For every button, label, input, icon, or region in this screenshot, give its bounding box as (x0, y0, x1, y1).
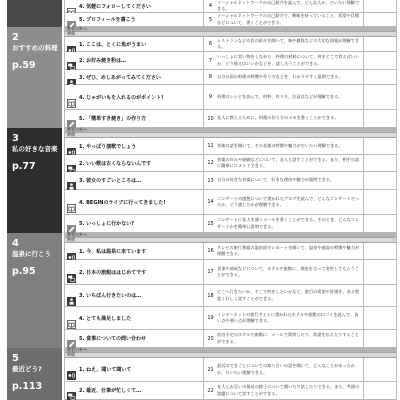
cando-cell: 10友人に教えるために、料理の作り方のメモを書くことができる。 (204, 110, 364, 127)
cando-description: ソーシャルネットワークの自己紹介を読んで、どんな人か、だいたい理解できる。 (217, 0, 363, 12)
cando-description: 料理のレシピを読んで、材料、作り方、注意点などが理解できる。 (217, 94, 363, 100)
topic-page-number: p.113 (12, 381, 60, 392)
cando-number: 16 (204, 248, 217, 254)
cando-cell: 15コンサートに友人を誘うメールを書くことができる。そのとき、どんなコンサートか… (204, 215, 364, 232)
lesson-title-cell: 2. いい歌は古くならないんです (65, 155, 204, 171)
presentation-icon (67, 73, 76, 82)
cando-number: 22 (204, 388, 217, 394)
conversation-icon (67, 386, 76, 395)
lesson-row: 3. 彼女のすごいところは…13自分の好きな音楽について、好きな理由や魅力が説明… (64, 172, 397, 190)
presentation-icon (67, 176, 76, 185)
lesson-row: 4. じゃがいもを入れるのがポイント!9料理のレシピを読んで、材料、作り方、注意… (64, 85, 397, 110)
topic-block: 3私の好きな音楽p.77 (7, 128, 62, 233)
lesson-title: 4. とても満足しました (79, 315, 131, 322)
lesson-title: 2. 日本の旅館ははじめてです (79, 269, 146, 276)
check-cell (364, 155, 396, 171)
lesson-title: 2. お好み焼き粉は… (79, 57, 126, 64)
check-cell (364, 0, 396, 12)
lesson-row: 2. 最近、仕事が忙しくて…22友人とお互いの最近の様子について聞いたり話したり… (64, 382, 397, 400)
cando-description: 音楽の話を聞いて、その音楽の特徴や魅力がだいたい理解できる。 (217, 143, 363, 149)
lesson-title: 1. ここは、とくに魚がうまい (79, 41, 146, 48)
cando-number: 5 (204, 17, 217, 23)
writing-icon (67, 334, 76, 343)
topic-number: 2 (12, 32, 60, 43)
lesson-title: 1. 今、私は温泉に来ています (79, 248, 146, 255)
cando-number: 11 (204, 143, 217, 149)
reading-icon (67, 2, 76, 11)
cando-cell: 16テレビの旅行番組の温泉紹介レポートを聞いて、温泉や施設の特徴や魅力が理解でき… (204, 243, 364, 259)
cando-description: コンサートの感想について書かれたブログを読んで、どんなコンサートだったか、どう感… (217, 196, 363, 209)
check-cell (364, 285, 396, 306)
topic-number: 4 (12, 238, 60, 249)
check-cell (364, 52, 396, 69)
topic-block: 5最近どう?p.113 (7, 348, 62, 400)
cando-cell: 13自分の好きな音楽について、好きな理由や魅力が説明できる。 (204, 172, 364, 189)
lesson-title: 5. 「簡単すき焼き」の作り方 (79, 115, 146, 122)
check-cell (364, 307, 396, 329)
cando-number: 6 (204, 41, 217, 47)
topic-number: 5 (12, 353, 60, 364)
cando-cell: 4ソーシャルネットワークの自己紹介を読んで、どんな人か、だいたい理解できる。 (204, 0, 364, 12)
listening-icon (67, 365, 76, 374)
lesson-title: 2. 最近、仕事が忙しくて… (79, 387, 141, 394)
cando-number: 15 (204, 221, 217, 227)
lesson-row: 2. お好み焼き粉は…7いっしょに買い物をしながら、料理の材料について、何をどこ… (64, 52, 397, 70)
check-cell (364, 215, 396, 232)
lesson-title-cell: 3. 彼女のすごいところは… (65, 172, 204, 189)
cando-cell: 20宿泊予定のホテルや旅館に、メールで質問したり、希望を伝えたりすることができる… (204, 330, 364, 347)
topic-title: おすすめの料理 (12, 45, 60, 53)
check-cell (364, 13, 396, 26)
lesson-row: 5. 「簡単すき焼き」の作り方10友人に教えるために、料理の作り方のメモを書くこ… (64, 110, 397, 128)
lesson-title-cell: 2. 日本の旅館ははじめてです (65, 260, 204, 284)
cando-number: 13 (204, 178, 217, 184)
cando-cell: 14コンサートの感想について書かれたブログを読んで、どんなコンサートだったか、ど… (204, 190, 364, 214)
cando-number: 18 (204, 293, 217, 299)
lesson-row: 1. ねえ、聞いて聞いて21最近のできごとについての知り合いの話を聞いて、どんな… (64, 358, 397, 382)
lesson-row: 4. BEGINのライブに行ってきました!14コンサートの感想について書かれたブ… (64, 190, 397, 215)
cando-cell: 6レストランなどの店の紹介を聞いて、味や値段などの大切な情報が理解できる。 (204, 37, 364, 51)
check-cell (364, 330, 396, 347)
lesson-title-cell: 5. 「簡単すき焼き」の作り方 (65, 110, 204, 127)
lesson-row: 5. プロフィールを書こう5ソーシャルネットワークの自己紹介で、興味を持っている… (64, 13, 397, 27)
conversation-icon (67, 56, 76, 65)
topic-page-number: p.77 (12, 161, 60, 172)
cando-number: 10 (204, 116, 217, 122)
lesson-title: 3. ぜひ、めしあがってみてください (79, 74, 161, 81)
cando-cell: 5ソーシャルネットワークの自己紹介で、興味を持っていること、希望や目標などについ… (204, 13, 364, 26)
topic-number: 3 (12, 133, 60, 144)
check-cell (364, 138, 396, 154)
cando-cell: 22友人とお互いの最近の様子について聞いたり話したりできる。また、共通の話題につ… (204, 382, 364, 399)
lesson-title-cell: 1. ねえ、聞いて聞いて (65, 358, 204, 381)
lesson-row: 4. 気軽にフォローしてください4ソーシャルネットワークの自己紹介を読んで、どん… (64, 0, 397, 13)
writing-icon (67, 114, 76, 123)
cando-cell: 18どこへ行きたいか、そこで何をしたいかなど、旅行の希望や計画を、ある程度くわし… (204, 285, 364, 306)
lesson-title: 1. やっぱり演歌でしょう (79, 143, 136, 150)
lesson-row: 4. とても満足しました19インターネットの旅行サイトに書かれたホテルや旅館の口… (64, 307, 397, 330)
cando-description: 友人とお互いの最近の様子について聞いたり話したりできる。また、共通の話題について… (217, 384, 363, 397)
check-cell (364, 382, 396, 399)
reading-icon (67, 93, 76, 102)
lesson-title-cell: 1. ここは、とくに魚がうまい (65, 37, 204, 51)
cando-description: どこへ行きたいか、そこで何をしたいかなど、旅行の希望や計画を、ある程度くわしく話… (217, 289, 363, 302)
lesson-row: 5. 食事についての問い合わせ20宿泊予定のホテルや旅館に、メールで質問したり、… (64, 330, 397, 348)
cando-description: 音楽の好みや経験などについて、友人と話すことができる。また、相手の話に簡単にコメ… (217, 157, 363, 170)
cando-cell: 19インターネットの旅行サイトに書かれたホテルや旅館の口コミを読んで、良い点や悪… (204, 307, 364, 329)
lesson-title: 3. いちばん行きたいのは… (79, 292, 141, 299)
cando-cell: 12音楽の好みや経験などについて、友人と話すことができる。また、相手の話に簡単に… (204, 155, 364, 171)
topic-block: 2おすすめの料理p.59 (7, 27, 62, 128)
cando-description: 自分の国の料理の特徴や作り方などを、わかりやすく説明できる。 (217, 74, 363, 80)
lesson-title-cell: 5. いっしょに行かない? (65, 215, 204, 232)
lesson-title: 3. 彼女のすごいところは… (79, 177, 141, 184)
lesson-title: 5. 食事についての問い合わせ (79, 335, 146, 342)
lesson-title-cell: 1. やっぱり演歌でしょう (65, 138, 204, 154)
cando-cell: 7いっしょに買い物をしながら、料理の材料について、何をどこで買えばいいか、どう使… (204, 52, 364, 69)
lesson-row: 2. 日本の旅館ははじめてです17食事や部屋などについて、ホテルや旅館に、理由を… (64, 260, 397, 285)
conversation-icon (67, 268, 76, 277)
check-cell (364, 190, 396, 214)
cando-number: 17 (204, 269, 217, 275)
separator-label: 準備 (67, 32, 75, 36)
lesson-row: 1. やっぱり演歌でしょう11音楽の話を聞いて、その音楽の特徴や魅力がだいたい理… (64, 138, 397, 155)
cando-description: ソーシャルネットワークの自己紹介で、興味を持っていること、希望や目標などについて… (217, 13, 363, 26)
lesson-title: 1. ねえ、聞いて聞いて (79, 366, 131, 373)
lesson-row: 1. ここは、とくに魚がうまい6レストランなどの店の紹介を聞いて、味や値段などの… (64, 37, 397, 52)
cando-description: 友人に教えるために、料理の作り方のメモを書くことができる。 (217, 115, 363, 121)
cando-number: 7 (204, 58, 217, 64)
lesson-title-cell: 1. 今、私は温泉に来ています (65, 243, 204, 259)
writing-icon (67, 219, 76, 228)
cando-description: 最近のできごとについての知り合いの話を聞いて、どんなことがあったかが、だいたい理… (217, 363, 363, 376)
lesson-title-cell: 3. いちばん行きたいのは… (65, 285, 204, 306)
lesson-title: 4. じゃがいもを入れるのがポイント! (79, 94, 163, 101)
separator-label: 準備 (67, 353, 75, 357)
cando-description: レストランなどの店の紹介を聞いて、味や値段などの大切な情報が理解できる。 (217, 38, 363, 51)
contents-page: 2おすすめの料理p.593私の好きな音楽p.774温泉に行こうp.955最近どう… (0, 0, 400, 400)
cando-description: インターネットの旅行サイトに書かれたホテルや旅館の口コミを読んで、良い点や悪い点… (217, 312, 363, 325)
check-cell (364, 243, 396, 259)
lesson-title-cell: 3. ぜひ、めしあがってみてください (65, 70, 204, 84)
topic-page-number: p.95 (12, 266, 60, 277)
lesson-title-cell: 4. とても満足しました (65, 307, 204, 329)
cando-description: コンサートに友人を誘うメールを書くことができる。そのとき、どんなコンサートかを簡… (217, 217, 363, 230)
reading-icon (67, 198, 76, 207)
lesson-row: 3. ぜひ、めしあがってみてください8自分の国の料理の特徴や作り方などを、わかり… (64, 70, 397, 85)
cando-description: いっしょに買い物をしながら、料理の材料について、何をどこで買えばいいか、どう使え… (217, 54, 363, 67)
cando-description: 食事や部屋などについて、ホテルや旅館に、理由を言って変更してもらうことができる。 (217, 266, 363, 279)
check-cell (364, 85, 396, 109)
lesson-title: 5. プロフィールを書こう (79, 16, 136, 23)
listening-icon (67, 142, 76, 151)
topic-block: 4温泉に行こうp.95 (7, 233, 62, 348)
listening-icon (67, 40, 76, 49)
conversation-icon (67, 159, 76, 168)
lesson-row: 5. いっしょに行かない?15コンサートに友人を誘うメールを書くことができる。そ… (64, 215, 397, 233)
lesson-title-cell: 4. じゃがいもを入れるのがポイント! (65, 85, 204, 109)
cando-number: 4 (204, 3, 217, 9)
cando-cell: 9料理のレシピを読んで、材料、作り方、注意点などが理解できる。 (204, 85, 364, 109)
cando-description: 宿泊予定のホテルや旅館に、メールで質問したり、希望を伝えたりすることができる。 (217, 332, 363, 345)
cando-number: 9 (204, 94, 217, 100)
lesson-title-cell: 4. BEGINのライブに行ってきました! (65, 190, 204, 214)
lesson-title: 4. BEGINのライブに行ってきました! (79, 199, 165, 206)
check-cell (364, 110, 396, 127)
check-cell (364, 70, 396, 84)
presentation-icon (67, 291, 76, 300)
topic-block (7, 0, 62, 27)
lesson-row: 2. いい歌は古くならないんです12音楽の好みや経験などについて、友人と話すこと… (64, 155, 397, 172)
lesson-title: 4. 気軽にフォローしてください (79, 3, 151, 10)
cando-number: 19 (204, 315, 217, 321)
topic-title: 温泉に行こう (12, 251, 60, 259)
cando-description: テレビの旅行番組の温泉紹介レポートを聞いて、温泉や施設の特徴や魅力が理解できる。 (217, 245, 363, 258)
lesson-title-cell: 2. お好み焼き粉は… (65, 52, 204, 69)
lesson-title-cell: 4. 気軽にフォローしてください (65, 0, 204, 12)
cando-cell: 17食事や部屋などについて、ホテルや旅館に、理由を言って変更してもらうことができ… (204, 260, 364, 284)
check-cell (364, 358, 396, 381)
lesson-title-cell: 2. 最近、仕事が忙しくて… (65, 382, 204, 399)
topic-page-number: p.59 (12, 60, 60, 71)
listening-icon (67, 247, 76, 256)
separator-label: 準備 (67, 133, 75, 137)
cando-number: 20 (204, 336, 217, 342)
check-cell (364, 172, 396, 189)
lesson-title-cell: 5. 食事についての問い合わせ (65, 330, 204, 347)
cando-cell: 21最近のできごとについての知り合いの話を聞いて、どんなことがあったかが、だいた… (204, 358, 364, 381)
check-cell (364, 260, 396, 284)
lesson-title-cell: 5. プロフィールを書こう (65, 13, 204, 26)
topic-title: 私の好きな音楽 (12, 146, 60, 154)
writing-icon (67, 15, 76, 24)
cando-cell: 8自分の国の料理の特徴や作り方などを、わかりやすく説明できる。 (204, 70, 364, 84)
topic-title: 最近どう? (12, 366, 60, 374)
cando-cell: 11音楽の話を聞いて、その音楽の特徴や魅力がだいたい理解できる。 (204, 138, 364, 154)
separator-label: 準備 (67, 238, 75, 242)
reading-icon (67, 314, 76, 323)
cando-number: 12 (204, 160, 217, 166)
lesson-row: 3. いちばん行きたいのは…18どこへ行きたいか、そこで何をしたいかなど、旅行の… (64, 285, 397, 307)
check-cell (364, 37, 396, 51)
cando-number: 21 (204, 367, 217, 373)
lesson-row: 1. 今、私は温泉に来ています16テレビの旅行番組の温泉紹介レポートを聞いて、温… (64, 243, 397, 260)
lesson-title: 5. いっしょに行かない? (79, 220, 134, 227)
cando-number: 8 (204, 74, 217, 80)
cando-description: 自分の好きな音楽について、好きな理由や魅力が説明できる。 (217, 177, 363, 183)
lesson-title: 2. いい歌は古くならないんです (79, 160, 151, 167)
cando-number: 14 (204, 199, 217, 205)
